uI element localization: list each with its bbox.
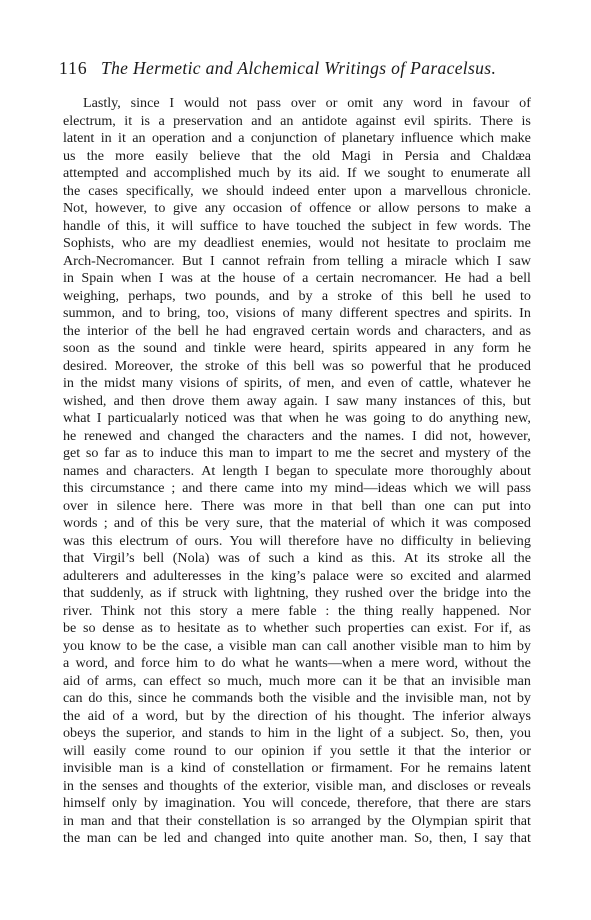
text-line: getsofarastoinducethismantoimparttomethe… xyxy=(63,445,531,463)
text-line: summon,andtobring,too,visionsofmanydiffe… xyxy=(63,305,531,323)
text-line: theinteriorofthebellhehadengravedcertain… xyxy=(63,323,531,341)
text-line: adulterersandadulteressesintheking’spala… xyxy=(63,568,531,586)
text-line: besodenseastohesitateastowhethersuchprop… xyxy=(63,620,531,638)
text-line: attemptedandaccomplishedmuchbyitsaid.Ifw… xyxy=(63,165,531,183)
text-line: Not,however,togiveanyoccasionofoffenceor… xyxy=(63,200,531,218)
text-line: wished,andthendrovethemawayagain.Isawman… xyxy=(63,393,531,411)
text-line: thecasesspecifically,weshouldindeedenter… xyxy=(63,183,531,201)
text-line: inmanandthattheirconstellationissoarrang… xyxy=(63,813,531,831)
text-line: weighing,perhaps,twopounds,andbyastrokeo… xyxy=(63,288,531,306)
text-line: river.Thinknotthisstoryamerefable:thethi… xyxy=(63,603,531,621)
text-line: thatVirgil’sbell(Nola)wasofsuchakindasth… xyxy=(63,550,531,568)
text-line: wasthiselectrumofours.Youwillthereforeha… xyxy=(63,533,531,551)
text-line: Lastly,sinceIwouldnotpassoveroromitanywo… xyxy=(63,95,531,113)
text-line: soonasthesoundandtinklewereheard,spirits… xyxy=(63,340,531,358)
text-line: latentinitanoperationandaconjunctionofpl… xyxy=(63,130,531,148)
text-line: overinsilencehere.Therewasmoreinthatbell… xyxy=(63,498,531,516)
text-line: youknowtobethecase,avisiblemancancallano… xyxy=(63,638,531,656)
text-line: Arch-Necromancer.ButIcannotrefrainfromte… xyxy=(63,253,531,271)
text-line: aidofarms,caneffectsomuch,muchmorecanitb… xyxy=(63,673,531,691)
text-line: invisiblemanisakindofconstellationorfirm… xyxy=(63,760,531,778)
text-line: himselfonlybyimagination.Youwillconcede,… xyxy=(63,795,531,813)
book-page: 116 The Hermetic and Alchemical Writings… xyxy=(0,0,591,920)
text-line: namesandcharacters.AtlengthIbegantospecu… xyxy=(63,463,531,481)
text-line: electrum,itisapreservationandanantidotea… xyxy=(63,113,531,131)
page-number: 116 xyxy=(59,58,88,78)
text-line: obeysthesuperior,andstandstohimintheligh… xyxy=(63,725,531,743)
text-line: Sophists,whoaremydeadliestenemies,wouldn… xyxy=(63,235,531,253)
text-line: candothis,sincehecommandsboththevisiblea… xyxy=(63,690,531,708)
text-line: usthemoreeasilybelievethattheoldMagiinPe… xyxy=(63,148,531,166)
text-line: whatIparticualarlynoticedwasthatwhenhewa… xyxy=(63,410,531,428)
text-line: theaidofaword,butbythedirectionofhisthou… xyxy=(63,708,531,726)
text-line: words;andofthisbeverysure,thatthemateria… xyxy=(63,515,531,533)
text-line: inthesensesandthoughtsoftheexterior,visi… xyxy=(63,778,531,796)
text-line: aword,andforcehimtodowhathewants—whename… xyxy=(63,655,531,673)
text-line: inSpainwhenIwasatthehouseofacertainnecro… xyxy=(63,270,531,288)
text-line: desired.Moreover,thestrokeofthisbellwass… xyxy=(63,358,531,376)
body-text: Lastly,sinceIwouldnotpassoveroromitanywo… xyxy=(63,95,531,848)
text-line: thatsuddenly,asifstruckwithlightning,the… xyxy=(63,585,531,603)
text-line: handleofthis,itwillsufficetohavetouchedt… xyxy=(63,218,531,236)
text-line: herenewedandchangedthecharactersandthena… xyxy=(63,428,531,446)
text-line: inthemidstmanyvisionsofspirits,ofmen,and… xyxy=(63,375,531,393)
text-line: thiscircumstance;andtherecameintomymind—… xyxy=(63,480,531,498)
text-line: themancanbeledandchangedintoquiteanother… xyxy=(63,830,531,848)
running-head: 116 The Hermetic and Alchemical Writings… xyxy=(59,57,539,79)
running-title: The Hermetic and Alchemical Writings of … xyxy=(101,58,496,78)
text-line: willeasilycomeroundtoouropinionifyousett… xyxy=(63,743,531,761)
